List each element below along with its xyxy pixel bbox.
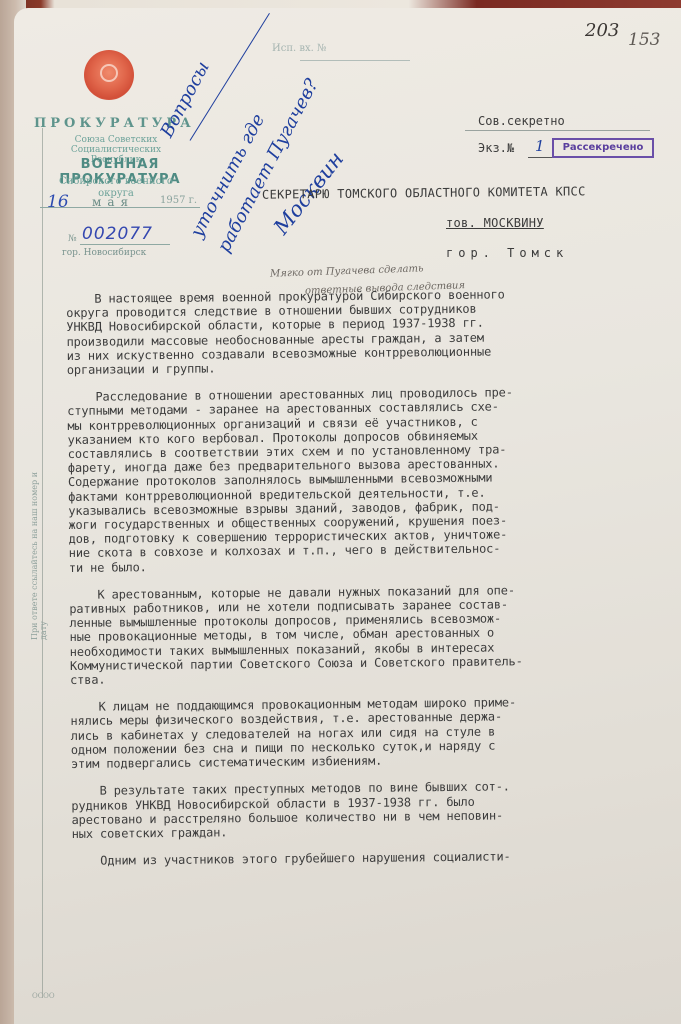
addressee-city: гор. Томск — [446, 246, 568, 260]
copy-label: Экз.№ — [478, 141, 514, 155]
addressee-name: тов. МОСКВИНУ — [446, 216, 544, 230]
bottom-stamp: ОСОО — [32, 992, 55, 1000]
body-paragraph: Одним из участников этого грубейшего нар… — [72, 848, 672, 868]
letter-date-year: 1957 г. — [160, 195, 197, 206]
secrecy-underline — [465, 130, 650, 131]
letter-number-label: № — [68, 234, 77, 244]
incoming-number-line — [300, 60, 410, 61]
incoming-number-label: Исп. вх. № — [272, 43, 326, 54]
letter-date-day: 16 — [47, 192, 69, 212]
declassified-stamp: Рассекречено — [552, 138, 654, 158]
letter-city: гор. Новосибирск — [62, 248, 146, 258]
body-paragraph: К лицам не поддающимся провокационным ме… — [70, 694, 671, 771]
page-number-secondary: 153 — [628, 30, 660, 50]
number-underline — [80, 244, 170, 245]
copy-underline — [528, 157, 553, 158]
side-margin-text: При ответе ссылайтесь на наш номер и дат… — [30, 470, 44, 640]
secrecy-level: Сов.секретно — [478, 114, 565, 128]
date-underline — [40, 207, 200, 208]
letter-body: В настоящее время военной прокуратурой С… — [66, 286, 672, 882]
body-paragraph: В настоящее время военной прокуратурой С… — [66, 286, 667, 377]
body-paragraph: Расследование в отношении арестованных л… — [67, 384, 669, 575]
letter-number: 002077 — [82, 224, 153, 244]
page-number-handwritten: 203 — [585, 20, 619, 41]
body-paragraph: В результате таких преступных методов по… — [71, 778, 672, 841]
body-paragraph: К арестованным, которые не давали нужных… — [69, 582, 670, 688]
ussr-coat-of-arms-icon — [84, 50, 134, 100]
copy-number: 1 — [535, 137, 545, 155]
